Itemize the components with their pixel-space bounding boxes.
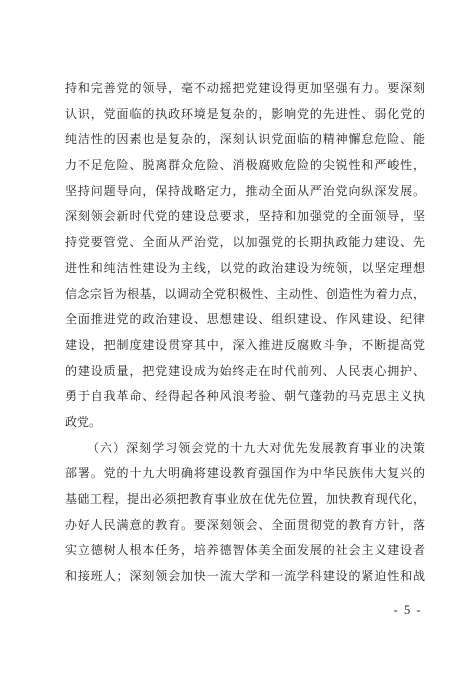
text-line: 坚持问题导向，保持战略定力，推动全面从严治党向纵深发展。	[65, 179, 425, 205]
text-line: 部署。党的十九大明确将建设教育强国作为中华民族伟大复兴的	[65, 461, 425, 487]
text-line: 认识，党面临的执政环境是复杂的，影响党的先进性、弱化党的	[65, 102, 425, 128]
text-line: 实立德树人根本任务，培养德智体美全面发展的社会主义建设者	[65, 538, 425, 564]
text-line: 进性和纯洁性建设为主线，以党的政治建设为统领，以坚定理想	[65, 256, 425, 282]
text-line: 深刻领会新时代党的建设总要求，坚持和加强党的全面领导，坚	[65, 204, 425, 230]
text-line: 全面推进党的政治建设、思想建设、组织建设、作风建设、纪律	[65, 307, 425, 333]
text-line: 纯洁性的因素也是复杂的，深刻认识党面临的精神懈怠危险、能	[65, 127, 425, 153]
document-body: 持和完善党的领导，毫不动摇把党建设得更加坚强有力。要深刻 认识，党面临的执政环境…	[65, 76, 425, 590]
text-line: 和接班人；深刻领会加快一流大学和一流学科建设的紧迫性和战	[65, 564, 425, 590]
text-line: 的建设质量，把党建设成为始终走在时代前列、人民衷心拥护、	[65, 359, 425, 385]
text-line: 勇于自我革命、经得起各种风浪考验、朝气蓬勃的马克思主义执	[65, 384, 425, 410]
text-line: 建设，把制度建设贯穿其中，深入推进反腐败斗争，不断提高党	[65, 333, 425, 359]
page-number: - 5 -	[65, 602, 422, 618]
text-line: 持和完善党的领导，毫不动摇把党建设得更加坚强有力。要深刻	[65, 76, 425, 102]
text-line: 办好人民满意的教育。要深刻领会、全面贯彻党的教育方针，落	[65, 513, 425, 539]
text-line: 信念宗旨为根基，以调动全党积极性、主动性、创造性为着力点，	[65, 282, 425, 308]
document-page: 持和完善党的领导，毫不动摇把党建设得更加坚强有力。要深刻 认识，党面临的执政环境…	[0, 0, 475, 673]
text-line: 政党。	[65, 410, 425, 436]
text-line-section-start: （六）深刻学习领会党的十九大对优先发展教育事业的决策	[65, 436, 425, 462]
text-line: 持党要管党、全面从严治党，以加强党的长期执政能力建设、先	[65, 230, 425, 256]
text-line: 力不足危险、脱离群众危险、消极腐败危险的尖锐性和严峻性，	[65, 153, 425, 179]
text-line: 基础工程，提出必须把教育事业放在优先位置，加快教育现代化，	[65, 487, 425, 513]
